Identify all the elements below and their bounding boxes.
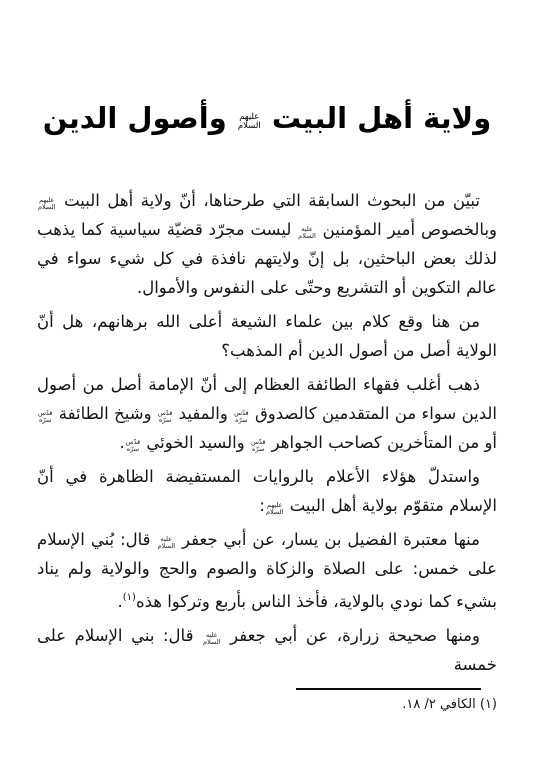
honorific-quddisa-sirruh-icon: قدّسسرّه bbox=[158, 410, 172, 424]
paragraph: ذهب أغلب فقهاء الطائفة العظام إلى أنّ ال… bbox=[37, 370, 497, 457]
book-page: ولاية أهل البيت عليهمالسلام وأصول الدين … bbox=[0, 0, 534, 762]
honorific-quddisa-sirruh-icon: قدّسسرّه bbox=[126, 439, 140, 453]
honorific-quddisa-sirruh-icon: قدّسسرّه bbox=[234, 410, 248, 424]
paragraph: واستدلّ هؤلاء الأعلام بالروايات المستفيض… bbox=[37, 462, 497, 520]
footnote-separator bbox=[296, 688, 481, 690]
honorific-quddisa-sirruh-icon: قدّسسرّه bbox=[251, 439, 265, 453]
honorific-alayhim-assalam-icon: عليهمالسلام bbox=[38, 197, 56, 211]
footnote-area: (١) الكافي ٢/ ١٨. bbox=[37, 688, 497, 714]
body-text: تبيّن من البحوث السابقة التي طرحناها، أن… bbox=[37, 186, 497, 684]
footnote-text: (١) الكافي ٢/ ١٨. bbox=[37, 697, 497, 714]
paragraph: منها معتبرة الفضيل بن يسار، عن أبي جعفر … bbox=[37, 525, 497, 616]
honorific-alayhim-assalam-icon: عليهمالسلام bbox=[266, 502, 284, 516]
paragraph: تبيّن من البحوث السابقة التي طرحناها، أن… bbox=[37, 186, 497, 302]
honorific-alayhim-assalam-icon: عليهمالسلام bbox=[238, 113, 261, 131]
paragraph: ومنها صحيحة زرارة، عن أبي جعفر عليهالسلا… bbox=[37, 621, 497, 679]
honorific-alayhi-assalam-icon: عليهالسلام bbox=[203, 632, 221, 646]
footnote-reference: (١) bbox=[123, 592, 136, 603]
honorific-quddisa-sirruh-icon: قدّسسرّه bbox=[38, 410, 52, 424]
page-title: ولاية أهل البيت عليهمالسلام وأصول الدين bbox=[37, 98, 497, 139]
paragraph: من هنا وقع كلام بين علماء الشيعة أعلى ال… bbox=[37, 307, 497, 365]
title-text-left: وأصول الدين bbox=[43, 101, 227, 135]
title-text-right: ولاية أهل البيت bbox=[272, 101, 491, 135]
honorific-alayhi-assalam-icon: عليهالسلام bbox=[158, 536, 176, 550]
honorific-alayhi-assalam-icon: عليهالسلام bbox=[298, 226, 316, 240]
